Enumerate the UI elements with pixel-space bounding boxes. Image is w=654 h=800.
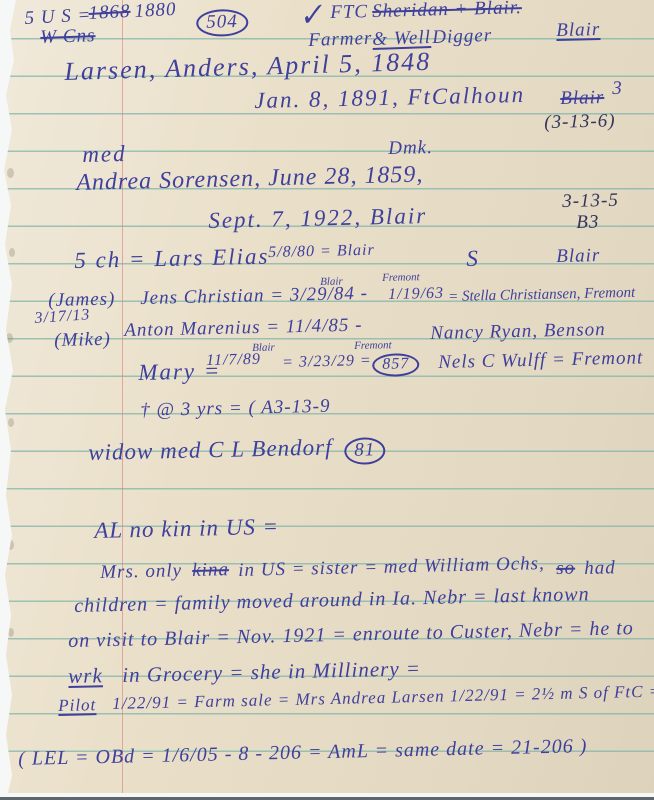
married-label: med: [82, 141, 127, 168]
paper-tear-mark: [6, 333, 13, 343]
child2-deathplace-sup: Fremont: [382, 271, 420, 284]
child1-date: 5/8/80 = Blair: [268, 242, 375, 262]
note-line2a: Mrs. only: [100, 560, 182, 584]
note-line2-struck2: so: [556, 558, 575, 580]
census-year: 1880: [134, 0, 177, 23]
paper-tear-mark: [7, 168, 14, 178]
child1-place: Blair: [556, 245, 601, 268]
ftc-label: FTC: [330, 1, 368, 24]
person-ref-number: 3: [612, 78, 623, 100]
child4-death: = 3/23/29 =: [282, 352, 372, 372]
scanned-genealogy-page: 5 U S = 1868 1880 W Cns 504 ✓ FTC Sherid…: [0, 0, 654, 800]
occupation-part3: Digger: [432, 25, 493, 49]
paper-tear-mark: [8, 628, 14, 637]
note-line6-underlined: Pilot: [58, 695, 97, 716]
widow-line: widow med C L Bendorf: [88, 434, 333, 466]
person-ref-struck: Blair: [560, 87, 605, 110]
w-cns-note: W Cns: [40, 25, 96, 49]
ftc-place: Blair: [556, 19, 601, 42]
notebook-paper: 5 U S = 1868 1880 W Cns 504 ✓ FTC Sherid…: [0, 0, 654, 793]
census-year-struck: 1868: [88, 1, 131, 25]
child4-spouse: Nels C Wulff = Fremont: [438, 347, 644, 374]
child1-status: S: [466, 246, 480, 272]
ftc-place-struck: Sheridan + Blair.: [372, 0, 522, 23]
note-line2-struck: kina: [192, 559, 229, 582]
paper-tear-mark: [9, 248, 15, 257]
note-line1: AL no kin in US =: [94, 514, 279, 544]
child3-nickname: (Mike): [54, 329, 111, 352]
note-line2c: had: [584, 557, 616, 580]
child3-spouse: Nancy Ryan, Benson: [430, 319, 606, 345]
spouse-code2: B3: [576, 211, 600, 234]
child5-line: † @ 3 yrs = ( A3-13-9: [140, 396, 331, 422]
spouse-death-line: Sept. 7, 1922, Blair: [208, 203, 427, 234]
spouse-country: Dmk.: [388, 137, 433, 160]
child4-deathplace-sup: Fremont: [354, 339, 392, 352]
person-ref-code: (3-13-6): [544, 110, 616, 134]
paper-tear-mark: [8, 418, 14, 427]
paper-tear-mark: [7, 540, 14, 550]
note-line5-underlined: wrk: [68, 663, 103, 689]
child2-death-date: 1/19/63: [388, 285, 444, 304]
child2-birthplace-sup: Blair: [320, 275, 343, 288]
child4-birthplace-sup: Blair: [252, 341, 275, 354]
spouse-code1: 3-13-5: [562, 190, 619, 213]
child1-line: 5 ch = Lars Elias: [74, 244, 270, 274]
